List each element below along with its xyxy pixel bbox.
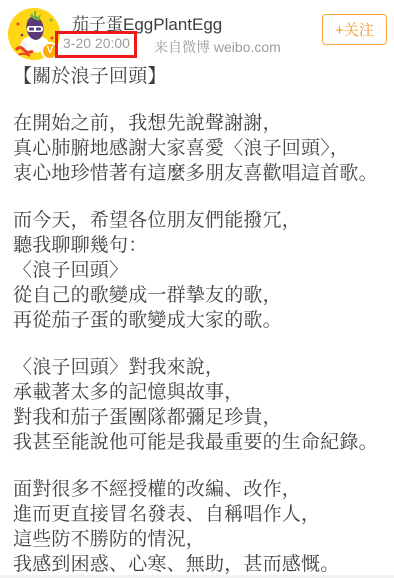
timestamp: 3-20 20:00 (63, 35, 130, 51)
post-line: 而今天，希望各位朋友們能撥冗， (13, 208, 385, 233)
post-body: 【關於浪子回頭】 在開始之前，我想先說聲謝謝，真心肺腑地感謝大家喜愛〈浪子回頭〉… (13, 64, 385, 577)
post-line: 對我和茄子蛋團隊都彌足珍貴， (13, 405, 385, 430)
post-paragraph: 面對很多不經授權的改編、改作，進而更直接冒名發表、自稱唱作人，這些防不勝防的情況… (13, 477, 385, 577)
post-line: 這些防不勝防的情況， (13, 527, 385, 552)
post-paragraph: 〈浪子回頭〉對我來說，承載著太多的記憶與故事，對我和茄子蛋團隊都彌足珍貴，我甚至… (13, 355, 385, 455)
timestamp-annotation-box: 3-20 20:00 (55, 31, 137, 58)
post-line: 從自己的歌變成一群摯友的歌， (13, 283, 385, 308)
post-line: 在開始之前，我想先說聲謝謝， (13, 111, 385, 136)
post-line: 衷心地珍惜著有這麼多朋友喜歡唱這首歌。 (13, 161, 385, 186)
post-source[interactable]: 来自微博 weibo.com (154, 37, 281, 57)
post-line: 真心肺腑地感謝大家喜愛〈浪子回頭〉， (13, 136, 385, 161)
post-line: 進而更直接冒名發表、自稱唱作人， (13, 502, 385, 527)
post-line: 我感到困惑、心寒、無助，甚而感慨。 (13, 552, 385, 577)
post-paragraph: 在開始之前，我想先說聲謝謝，真心肺腑地感謝大家喜愛〈浪子回頭〉，衷心地珍惜著有這… (13, 111, 385, 186)
post-title: 【關於浪子回頭】 (13, 64, 385, 89)
follow-button[interactable]: +关注 (322, 14, 387, 45)
post-paragraph: 而今天，希望各位朋友們能撥冗，聽我聊聊幾句：〈浪子回頭〉從自己的歌變成一群摯友的… (13, 208, 385, 333)
post-line: 承載著太多的記憶與故事， (13, 380, 385, 405)
post-line: 〈浪子回頭〉對我來說， (13, 355, 385, 380)
weibo-post-card: V 茄子蛋EggPlantEgg 3-20 20:00 来自微博 weibo.c… (0, 0, 394, 578)
post-line: 〈浪子回頭〉 (13, 258, 385, 283)
post-line: 我甚至能說他可能是我最重要的生命紀錄。 (13, 430, 385, 455)
verified-badge-glyph: V (47, 46, 54, 56)
post-line: 聽我聊聊幾句： (13, 233, 385, 258)
post-line: 再從茄子蛋的歌變成大家的歌。 (13, 308, 385, 333)
post-line: 面對很多不經授權的改編、改作， (13, 477, 385, 502)
